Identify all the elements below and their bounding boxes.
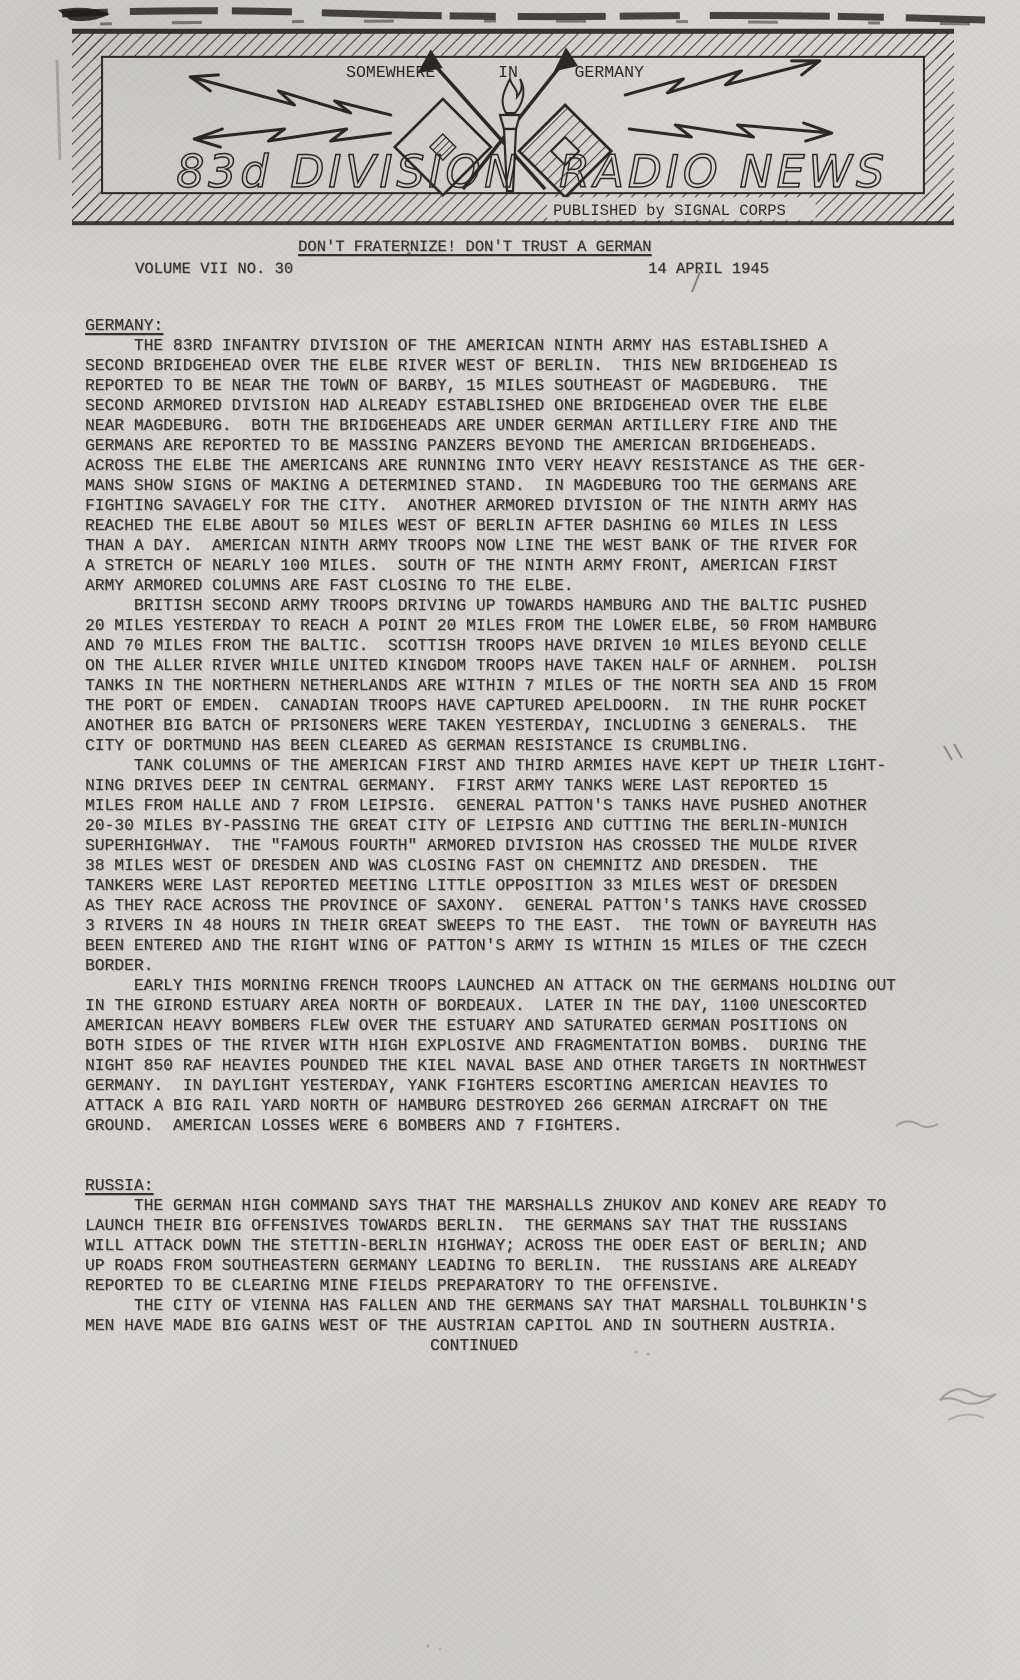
germany-paragraph-2: BRITISH SECOND ARMY TROOPS DRIVING UP TO… bbox=[85, 596, 896, 756]
newsletter-page: SOMEWHERE IN GERMANY bbox=[0, 0, 1020, 1680]
section-heading-russia: RUSSIA: bbox=[85, 1176, 153, 1196]
masthead-location-right: GERMANY bbox=[575, 63, 644, 82]
masthead-title-left: 83d DIVISION bbox=[176, 147, 521, 198]
masthead-title-right: RADIO NEWS bbox=[559, 147, 888, 198]
germany-paragraph-3: TANK COLUMNS OF THE AMERICAN FIRST AND T… bbox=[85, 756, 896, 976]
slogan: DON'T FRATERNIZE! DON'T TRUST A GERMAN bbox=[298, 238, 651, 256]
germany-paragraph-4: EARLY THIS MORNING FRENCH TROOPS LAUNCHE… bbox=[85, 976, 896, 1136]
continued-line: CONTINUED bbox=[85, 1336, 896, 1356]
russia-paragraph-1: THE GERMAN HIGH COMMAND SAYS THAT THE MA… bbox=[85, 1196, 896, 1296]
section-gap bbox=[85, 1136, 896, 1176]
issue-date: 14 APRIL 1945 bbox=[648, 260, 769, 278]
article-body: GERMANY: THE 83RD INFANTRY DIVISION OF T… bbox=[85, 316, 896, 1356]
published-by-line: PUBLISHED by SIGNAL CORPS bbox=[553, 202, 786, 220]
volume-number: VOLUME VII NO. 30 bbox=[135, 260, 293, 278]
germany-paragraph-1: THE 83RD INFANTRY DIVISION OF THE AMERIC… bbox=[85, 336, 896, 596]
masthead-location-mid: IN bbox=[498, 63, 518, 82]
section-heading-germany: GERMANY: bbox=[85, 316, 163, 336]
russia-paragraph-2: THE CITY OF VIENNA HAS FALLEN AND THE GE… bbox=[85, 1296, 896, 1336]
masthead-banner: SOMEWHERE IN GERMANY bbox=[72, 28, 954, 226]
